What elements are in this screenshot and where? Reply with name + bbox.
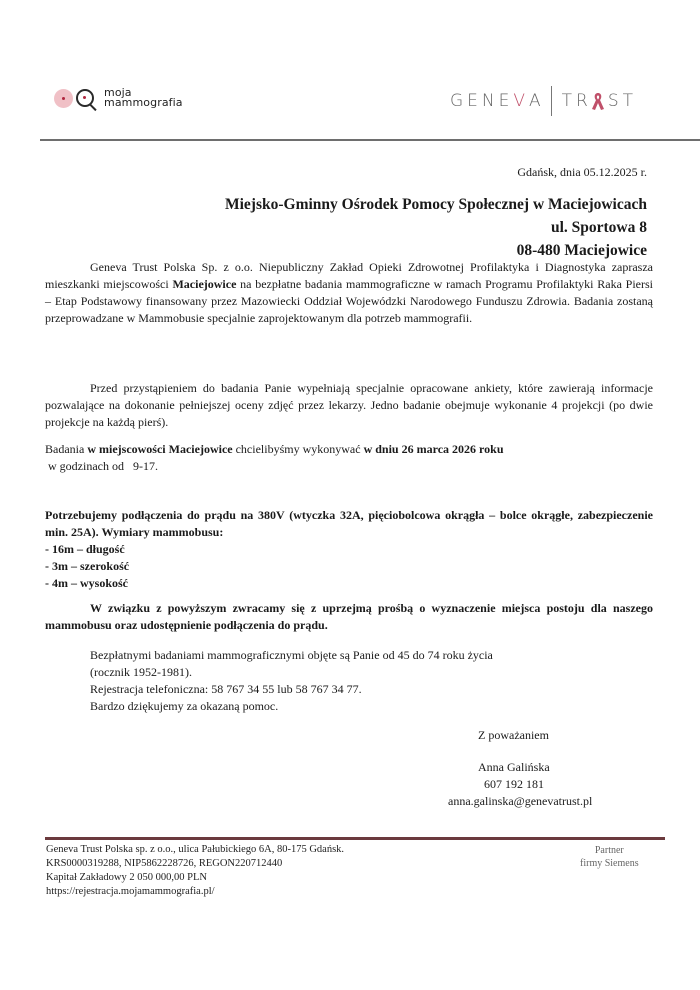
power-paragraph: Potrzebujemy podłączenia do prądu na 380… xyxy=(45,507,653,541)
partner-line1: Partner xyxy=(580,844,639,857)
logo-geneva-post: A xyxy=(529,91,545,111)
dimension-width: - 3m – szerokość xyxy=(45,558,129,575)
recipient-street: ul. Sportowa 8 xyxy=(225,216,647,239)
schedule-text-2: chcielibyśmy wykonywać xyxy=(233,442,364,456)
signatory-name: Anna Galińska xyxy=(478,759,550,776)
survey-paragraph: Przed przystąpieniem do badania Panie wy… xyxy=(45,380,653,431)
schedule-paragraph: Badania w miejscowości Maciejowice chcie… xyxy=(45,441,653,475)
signatory-phone: 607 192 181 xyxy=(484,776,544,793)
recipient-address: Miejsko-Gminny Ośrodek Pomocy Społecznej… xyxy=(225,193,647,262)
footer-divider xyxy=(45,837,665,840)
dimension-length: - 16m – długość xyxy=(45,541,129,558)
info-thanks: Bardzo dziękujemy za okazaną pomoc. xyxy=(90,698,493,715)
intro-place: Maciejowice xyxy=(172,277,236,291)
info-birth-years: (rocznik 1952-1981). xyxy=(90,664,493,681)
header-divider xyxy=(40,139,700,141)
partner-note: Partner firmy Siemens xyxy=(580,844,639,870)
closing: Z poważaniem xyxy=(478,727,549,744)
company-registry: KRS0000319288, NIP5862228726, REGON22071… xyxy=(46,857,344,871)
signatory-email[interactable]: anna.galinska@genevatrust.pl xyxy=(448,793,592,810)
company-info: Geneva Trust Polska sp. z o.o., ulica Pa… xyxy=(46,843,344,899)
info-eligibility: Bezpłatnymi badaniami mammograficznymi o… xyxy=(90,647,493,664)
recipient-name: Miejsko-Gminny Ośrodek Pomocy Społecznej… xyxy=(225,193,647,216)
logo-trust-pre: TR xyxy=(562,91,592,111)
logo-divider xyxy=(551,86,552,116)
dimensions-list: - 16m – długość - 3m – szerokość - 4m – … xyxy=(45,541,129,592)
info-registration-phone: Rejestracja telefoniczna: 58 767 34 55 l… xyxy=(90,681,493,698)
logo-trust-post: ST xyxy=(608,91,637,111)
logo-line2: mammografia xyxy=(104,98,183,108)
magnifier-icon xyxy=(76,89,94,107)
moja-mammografia-logo: moja mammografia xyxy=(54,88,183,108)
schedule-hours: w godzinach od 9-17. xyxy=(45,458,653,475)
schedule-text-1: Badania xyxy=(45,442,87,456)
pink-ribbon-icon xyxy=(591,91,605,111)
letter-date: Gdańsk, dnia 05.12.2025 r. xyxy=(517,165,647,180)
geneva-trust-logo: GENEVA TR ST xyxy=(450,86,637,116)
info-block: Bezpłatnymi badaniami mammograficznymi o… xyxy=(90,647,493,715)
logo-text: moja mammografia xyxy=(104,88,183,108)
schedule-place: w miejscowości Maciejowice xyxy=(87,442,232,456)
logo-geneva-pre: GENE xyxy=(450,91,513,111)
pink-dot-icon xyxy=(54,89,73,108)
company-website[interactable]: https://rejestracja.mojamammografia.pl/ xyxy=(46,885,344,899)
request-paragraph: W związku z powyższym zwracamy się z upr… xyxy=(45,600,653,634)
intro-paragraph: Geneva Trust Polska Sp. z o.o. Niepublic… xyxy=(45,259,653,327)
company-address: Geneva Trust Polska sp. z o.o., ulica Pa… xyxy=(46,843,344,857)
dimension-height: - 4m – wysokość xyxy=(45,575,129,592)
partner-line2: firmy Siemens xyxy=(580,857,639,870)
company-capital: Kapitał Zakładowy 2 050 000,00 PLN xyxy=(46,871,344,885)
logo-geneva-accent: V xyxy=(513,91,529,111)
schedule-date: w dniu 26 marca 2026 roku xyxy=(364,442,504,456)
